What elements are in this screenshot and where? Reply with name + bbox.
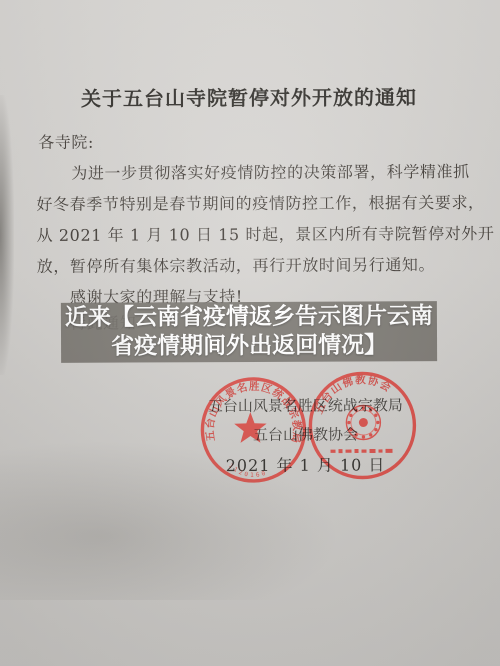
document-photo: 关于五台山寺院暂停对外开放的通知 各寺院: 为进一步贯彻落实好疫情防控的决策部署… (0, 0, 500, 666)
photo-vignette (0, 0, 500, 666)
